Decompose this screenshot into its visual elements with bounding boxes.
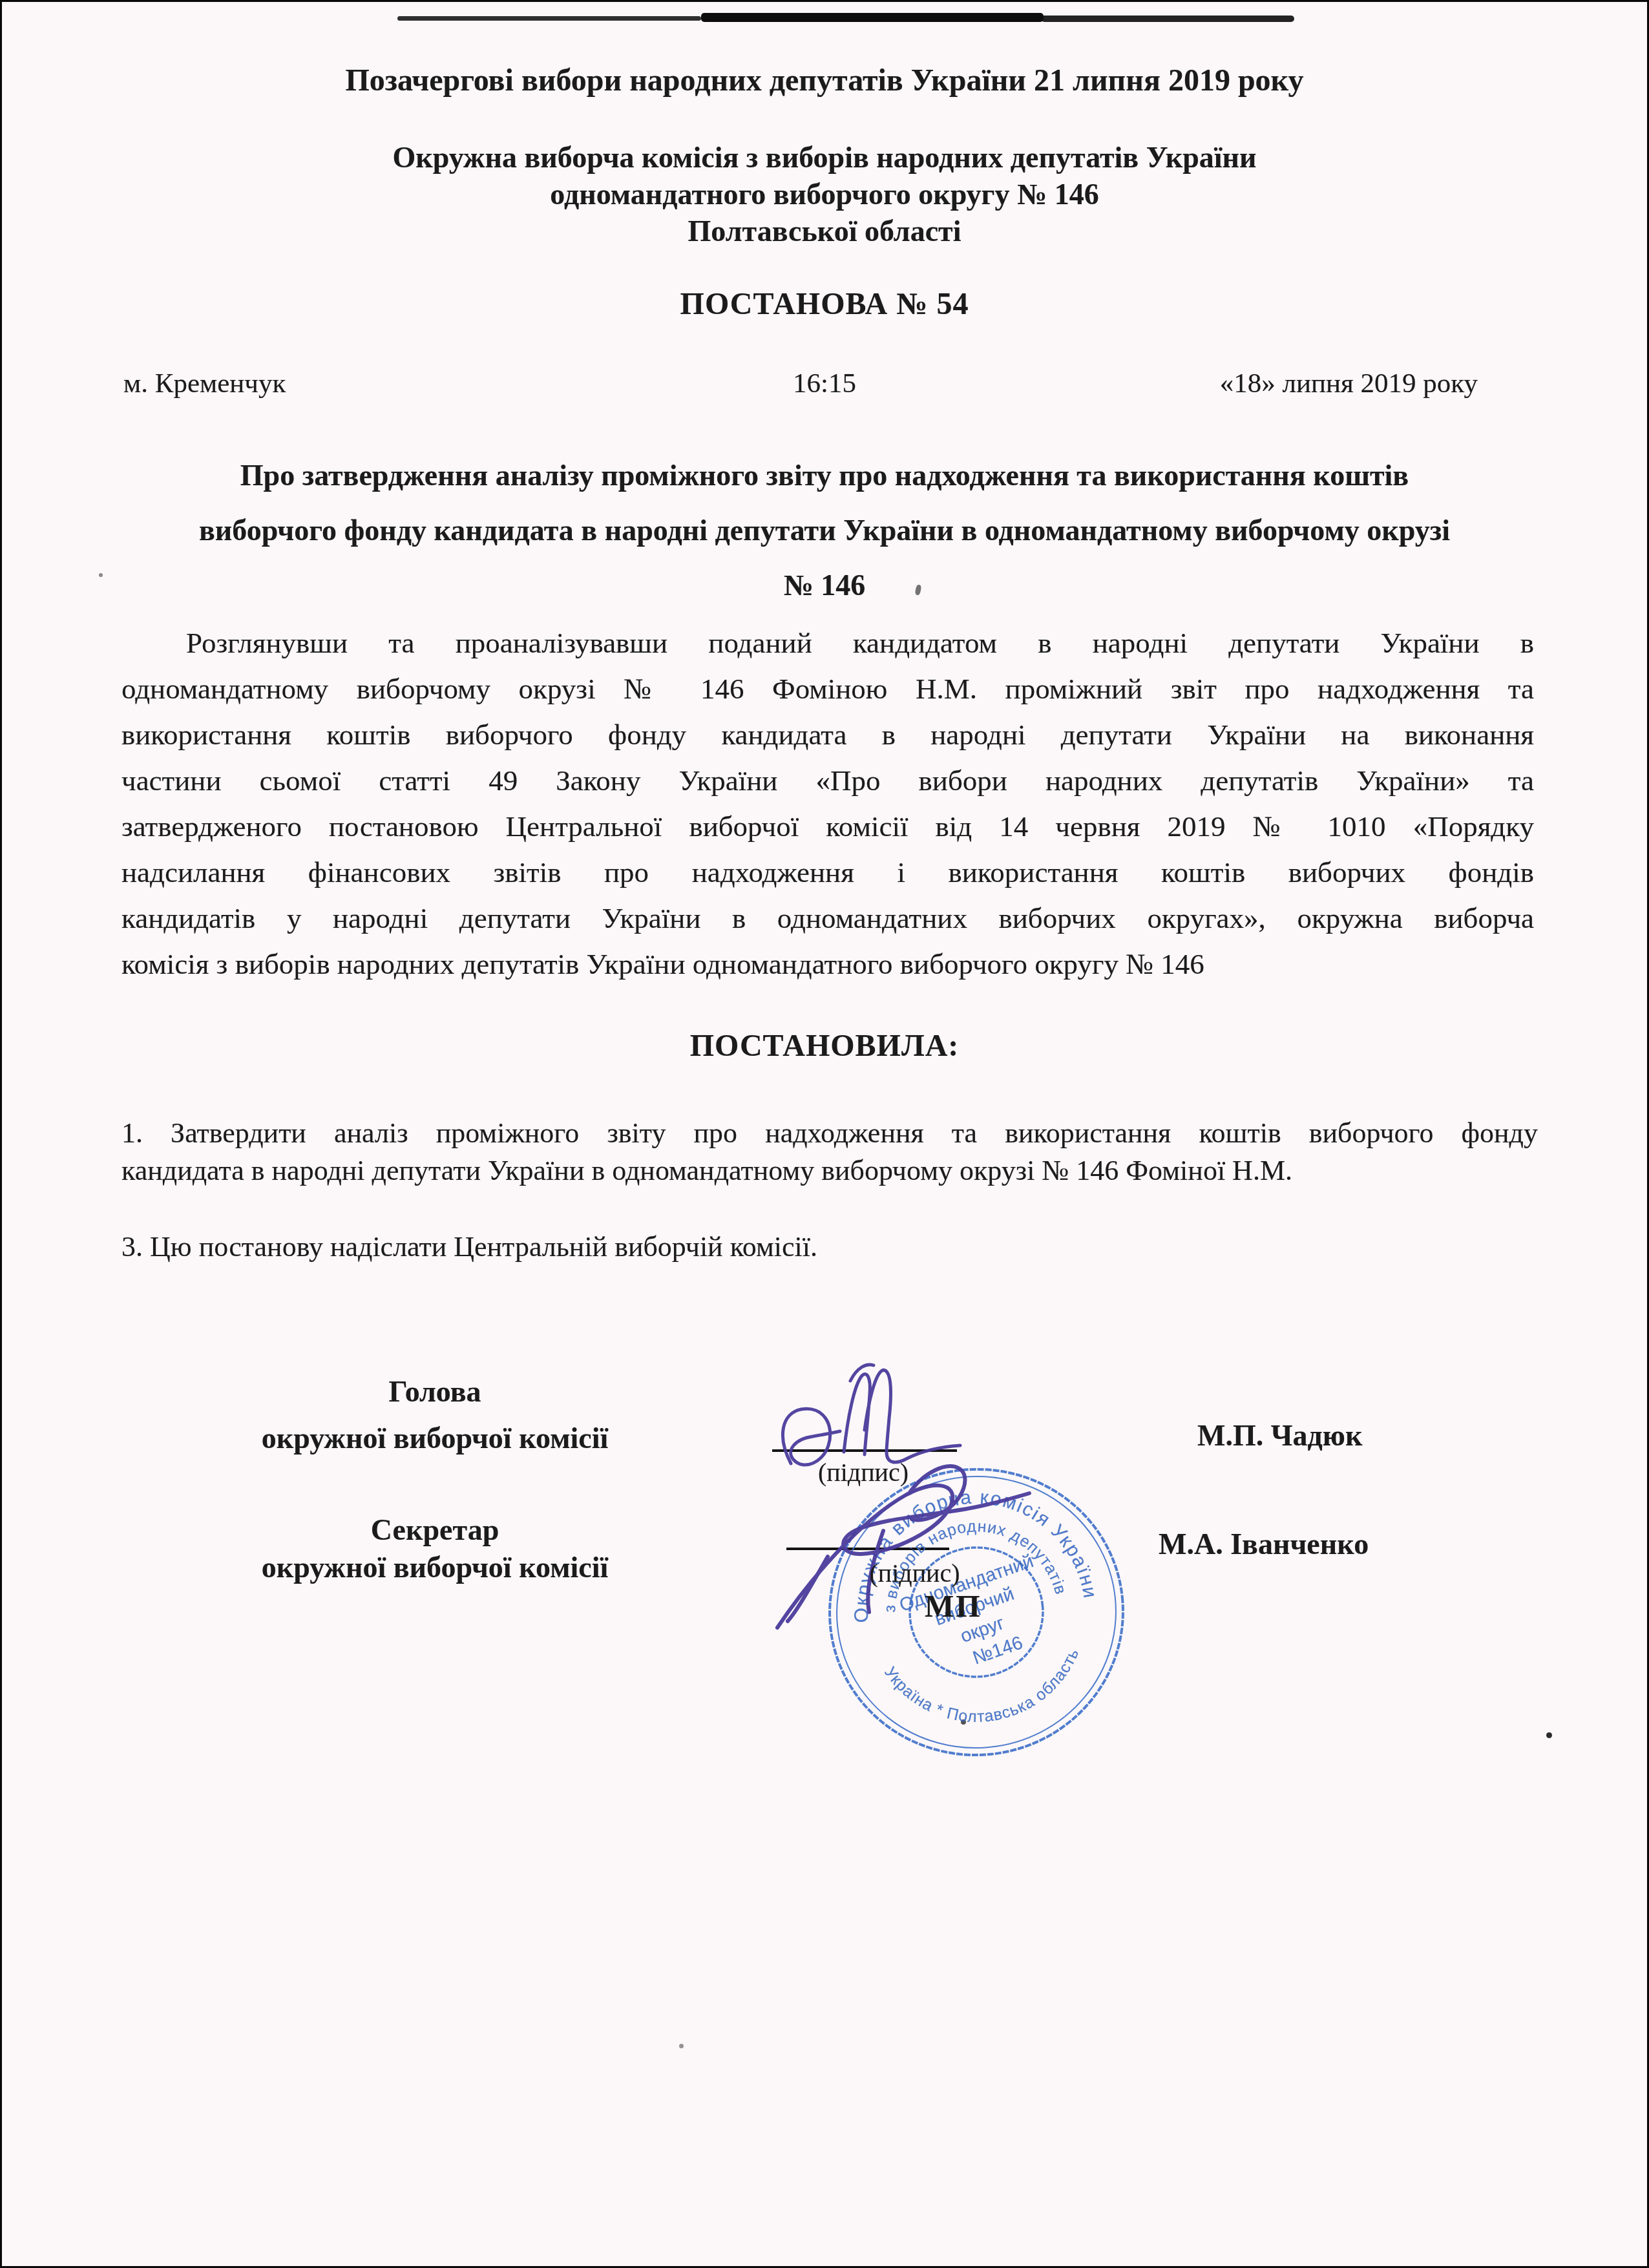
seal-place-abbreviation: МП bbox=[925, 1589, 982, 1624]
subject-line-2: виборчого фонду кандидата в народні депу… bbox=[2, 503, 1647, 558]
date-label: «18» липня 2019 року bbox=[1220, 368, 1478, 399]
head-signature-caption: (підпис) bbox=[802, 1457, 925, 1487]
head-role-line2: окружної виборчої комісії bbox=[209, 1421, 661, 1455]
scan-artifact-band bbox=[1041, 16, 1294, 22]
preamble-line: одномандатному виборчому окрузі № 146 Фо… bbox=[121, 672, 1534, 718]
scan-speck bbox=[1546, 1732, 1552, 1738]
secretary-signature-caption: (підпис) bbox=[855, 1558, 974, 1588]
resolution-item-1: 1. Затвердити аналіз проміжного звіту пр… bbox=[121, 1115, 1538, 1190]
district-number-line: одномандатного виборчого округу № 146 bbox=[2, 176, 1647, 213]
resolution-item-3: 3. Цю постанову надіслати Центральній ви… bbox=[121, 1228, 1538, 1266]
preamble-line: надсилання фінансових звітів про надходж… bbox=[121, 856, 1534, 901]
scanned-decree-page: Позачергові вибори народних депутатів Ук… bbox=[0, 0, 1649, 2268]
preamble-line: використання коштів виборчого фонду канд… bbox=[121, 718, 1534, 764]
preamble-line: комісія з виборів народних депутатів Укр… bbox=[121, 947, 1534, 993]
resolved-heading: ПОСТАНОВИЛА: bbox=[2, 1028, 1647, 1064]
head-signer-name: М.П. Чадюк bbox=[1197, 1418, 1362, 1453]
election-header: Позачергові вибори народних депутатів Ук… bbox=[2, 63, 1647, 98]
preamble-paragraph: Розглянувши та проаналізувавши поданий к… bbox=[121, 626, 1534, 993]
preamble-line: кандидатів у народні депутати України в … bbox=[121, 901, 1534, 947]
scan-artifact-band bbox=[701, 13, 1044, 22]
preamble-line: затвердженого постановою Центральної виб… bbox=[121, 810, 1534, 856]
scan-artifact-band bbox=[397, 16, 701, 21]
region-line: Полтавської області bbox=[2, 213, 1647, 249]
decree-subject: Про затвердження аналізу проміжного звіт… bbox=[2, 448, 1647, 613]
head-role-line1: Голова bbox=[209, 1374, 661, 1409]
secretary-signer-name: М.А. Іванченко bbox=[1159, 1527, 1369, 1561]
commission-name-line: Окружна виборча комісія з виборів народн… bbox=[2, 139, 1647, 176]
subject-line-3: № 146 bbox=[2, 558, 1647, 613]
subject-line-1: Про затвердження аналізу проміжного звіт… bbox=[2, 448, 1647, 503]
secretary-role-line1: Секретар bbox=[209, 1513, 661, 1547]
preamble-line: частини сьомої статті 49 Закону України … bbox=[121, 764, 1534, 810]
resolution-item-1-line: кандидата в народні депутати України в о… bbox=[121, 1152, 1538, 1190]
commission-header-block: Окружна виборча комісія з виборів народн… bbox=[2, 139, 1647, 249]
resolution-item-1-line: 1. Затвердити аналіз проміжного звіту пр… bbox=[121, 1115, 1538, 1152]
decree-title: ПОСТАНОВА № 54 bbox=[2, 286, 1647, 322]
secretary-role-line2: окружної виборчої комісії bbox=[209, 1550, 661, 1584]
preamble-line: Розглянувши та проаналізувавши поданий к… bbox=[121, 626, 1534, 672]
scan-speck bbox=[679, 2044, 684, 2048]
